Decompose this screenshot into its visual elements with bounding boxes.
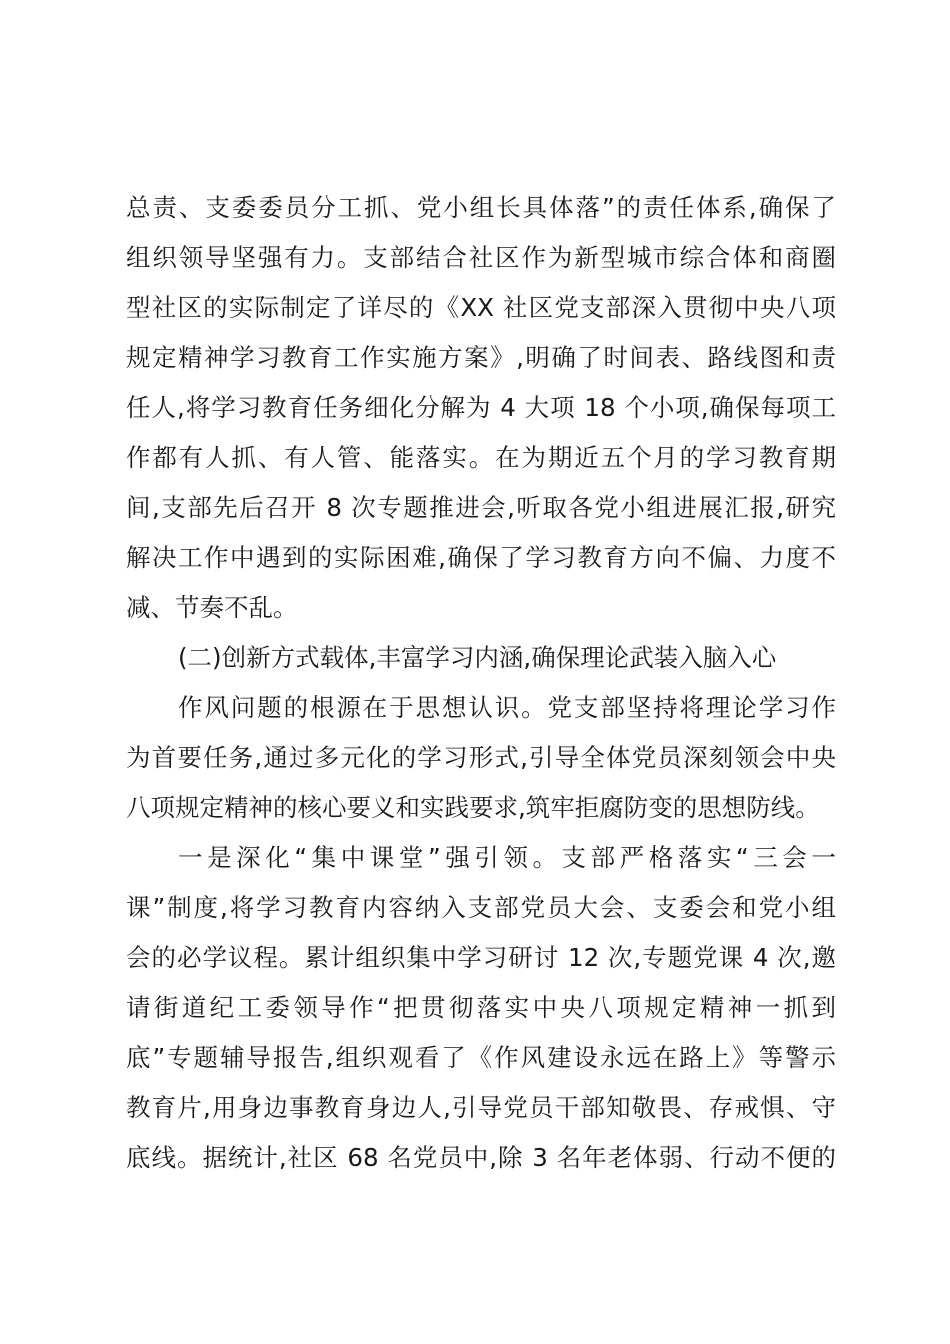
text-line: 作风问题的根源在于思想认识。党支部坚持将理论学习作 xyxy=(126,683,836,733)
text-line: 会的必学议程。累计组织集中学习研讨 12 次,专题党课 4 次,邀 xyxy=(126,933,836,983)
document-body: 总责、支委委员分工抓、党小组长具体落”的责任体系,确保了 组织领导坚强有力。支部… xyxy=(126,183,836,1183)
text-line: 作都有人抓、有人管、能落实。在为期近五个月的学习教育期 xyxy=(126,433,836,483)
text-line: 规定精神学习教育工作实施方案》,明确了时间表、路线图和责 xyxy=(126,333,836,383)
text-line: 教育片,用身边事教育身边人,引导党员干部知敬畏、存戒惧、守 xyxy=(126,1083,836,1133)
text-line: 请街道纪工委领导作“把贯彻落实中央八项规定精神一抓到 xyxy=(126,983,836,1033)
text-line: 八项规定精神的核心要义和实践要求,筑牢拒腐防变的思想防线。 xyxy=(126,783,836,833)
text-line: 型社区的实际制定了详尽的《XX 社区党支部深入贯彻中央八项 xyxy=(126,283,836,333)
text-line: 解决工作中遇到的实际困难,确保了学习教育方向不偏、力度不 xyxy=(126,533,836,583)
text-line: 一是深化“集中课堂”强引领。支部严格落实“三会一 xyxy=(126,833,836,883)
text-line: 任人,将学习教育任务细化分解为 4 大项 18 个小项,确保每项工 xyxy=(126,383,836,433)
section-heading: (二)创新方式载体,丰富学习内涵,确保理论武装入脑入心 xyxy=(126,633,836,683)
text-line: 底线。据统计,社区 68 名党员中,除 3 名年老体弱、行动不便的 xyxy=(126,1133,836,1183)
text-line: 减、节奏不乱。 xyxy=(126,583,836,633)
text-line: 总责、支委委员分工抓、党小组长具体落”的责任体系,确保了 xyxy=(126,183,836,233)
text-line: 课”制度,将学习教育内容纳入支部党员大会、支委会和党小组 xyxy=(126,883,836,933)
text-line: 为首要任务,通过多元化的学习形式,引导全体党员深刻领会中央 xyxy=(126,733,836,783)
text-line: 组织领导坚强有力。支部结合社区作为新型城市综合体和商圈 xyxy=(126,233,836,283)
text-line: 底”专题辅导报告,组织观看了《作风建设永远在路上》等警示 xyxy=(126,1033,836,1083)
text-line: 间,支部先后召开 8 次专题推进会,听取各党小组进展汇报,研究 xyxy=(126,483,836,533)
document-page: 总责、支委委员分工抓、党小组长具体落”的责任体系,确保了 组织领导坚强有力。支部… xyxy=(0,0,950,1344)
